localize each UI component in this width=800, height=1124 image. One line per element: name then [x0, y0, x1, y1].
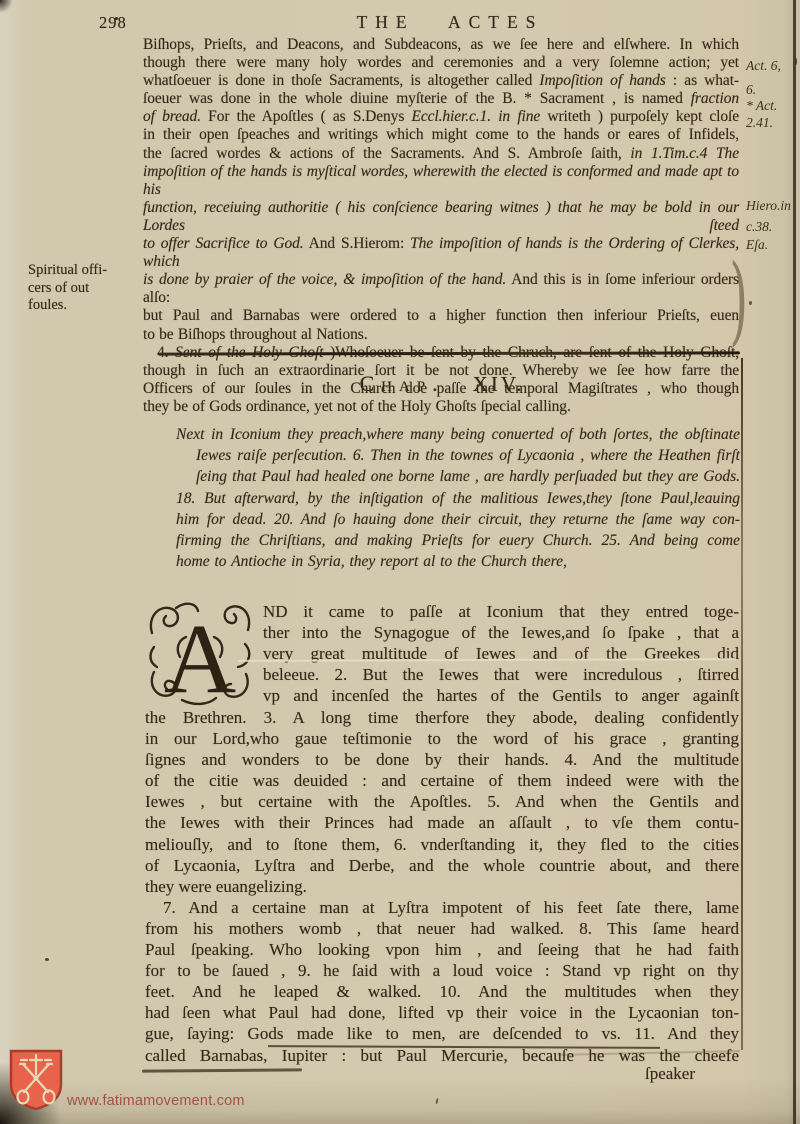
ink-speck: [749, 301, 752, 305]
woodcut-flourish-icon: A: [145, 599, 255, 707]
scanned-book-page: 298 THE ACTES Biſhops, Prieſts, and Deac…: [0, 0, 800, 1124]
ink-speck: [115, 17, 118, 20]
running-title: THE ACTES: [100, 12, 800, 33]
watermark-url: www.fatimamovement.com: [67, 1093, 245, 1109]
margin-note-left-line: Spiritual offi-: [28, 262, 148, 280]
margin-note-right: * Act.: [746, 98, 777, 114]
margin-note-right: 2.41.: [746, 115, 773, 131]
chapter-label: Chap.: [359, 371, 444, 397]
ink-speck: [795, 58, 797, 65]
margin-note-left: Spiritual offi- cers of out foules.: [28, 262, 148, 315]
svg-text:A: A: [164, 603, 236, 707]
margin-note-left-line: cers of out: [28, 280, 148, 298]
column-rule: [741, 358, 743, 1050]
margin-note-right: c.38.: [746, 219, 772, 235]
margin-note-right: Eſa.: [746, 237, 768, 253]
margin-note-right: Act. 6,: [746, 58, 781, 74]
chapter-numeral: XIV.: [473, 372, 525, 397]
margin-note-right: Hiero.in: [746, 198, 791, 214]
drop-cap-initial: A: [145, 599, 255, 707]
ink-underline: [142, 1068, 302, 1072]
catchword: ſpeaker: [595, 1064, 745, 1084]
ink-speck: [45, 958, 49, 961]
margin-brace: ): [729, 252, 748, 348]
intro-paragraphs: Biſhops, Prieſts, and Deacons, and Subde…: [143, 36, 739, 416]
chapter-heading: Chap. XIV.: [145, 371, 739, 397]
margin-note-right: 6.: [746, 82, 756, 98]
watermark-shield: [8, 1047, 64, 1113]
body-text-beside-dropcap: ND it came to paſſe at Iconium that they…: [263, 601, 739, 706]
chapter-summary: Next in Iconium they preach,where many b…: [176, 424, 740, 572]
papal-crossed-keys-shield-icon: [8, 1047, 64, 1113]
ink-speck: [435, 1098, 438, 1104]
margin-note-left-line: foules.: [28, 297, 148, 315]
body-text: the Brethren. 3. A long time therfore th…: [145, 707, 739, 1066]
page-edge-line: [793, 0, 796, 1124]
